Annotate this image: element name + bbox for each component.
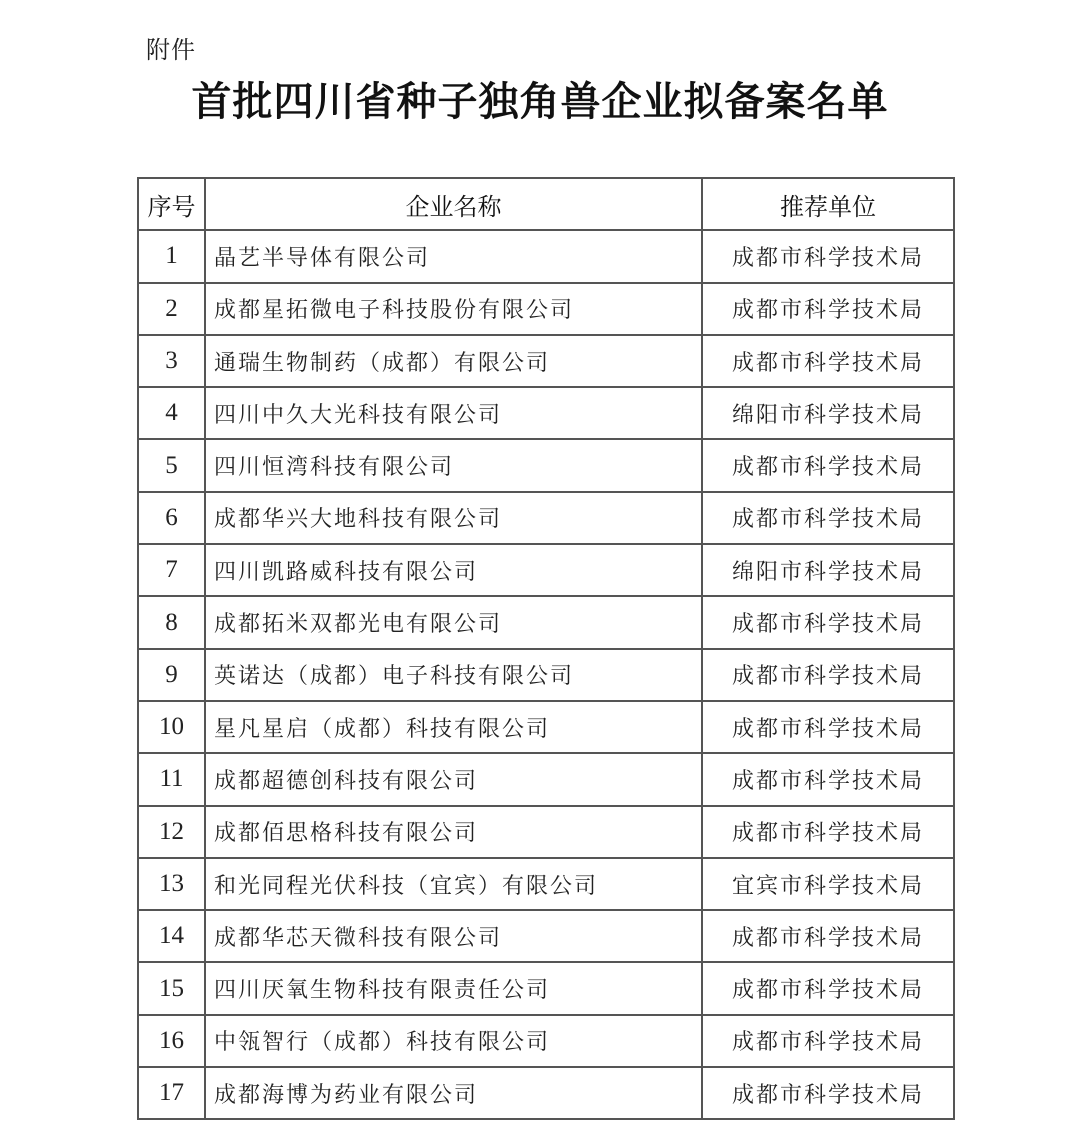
recommending-unit-cell: 成都市科学技术局 (702, 649, 954, 701)
recommending-unit-cell: 成都市科学技术局 (702, 439, 954, 491)
recommending-unit-cell: 宜宾市科学技术局 (702, 858, 954, 910)
serial-number-cell: 10 (138, 701, 205, 753)
table-row: 6成都华兴大地科技有限公司成都市科学技术局 (138, 492, 954, 544)
table-row: 11成都超德创科技有限公司成都市科学技术局 (138, 753, 954, 805)
attachment-label: 附件 (146, 30, 196, 65)
header-recommending-unit: 推荐单位 (702, 178, 954, 230)
recommending-unit-cell: 成都市科学技术局 (702, 962, 954, 1014)
serial-number-cell: 1 (138, 230, 205, 282)
recommending-unit-cell: 成都市科学技术局 (702, 806, 954, 858)
serial-number-cell: 11 (138, 753, 205, 805)
enterprise-name-cell: 成都佰思格科技有限公司 (205, 806, 702, 858)
serial-number-cell: 2 (138, 283, 205, 335)
enterprise-name-cell: 四川中久大光科技有限公司 (205, 387, 702, 439)
recommending-unit-cell: 成都市科学技术局 (702, 283, 954, 335)
table-row: 16中瓴智行（成都）科技有限公司成都市科学技术局 (138, 1015, 954, 1067)
serial-number-cell: 14 (138, 910, 205, 962)
serial-number-cell: 6 (138, 492, 205, 544)
serial-number-cell: 12 (138, 806, 205, 858)
table-row: 9英诺达（成都）电子科技有限公司成都市科学技术局 (138, 649, 954, 701)
serial-number-cell: 15 (138, 962, 205, 1014)
enterprise-name-cell: 四川厌氧生物科技有限责任公司 (205, 962, 702, 1014)
recommending-unit-cell: 绵阳市科学技术局 (702, 387, 954, 439)
enterprise-name-cell: 四川恒湾科技有限公司 (205, 439, 702, 491)
serial-number-cell: 7 (138, 544, 205, 596)
enterprise-name-cell: 通瑞生物制药（成都）有限公司 (205, 335, 702, 387)
table-row: 2成都星拓微电子科技股份有限公司成都市科学技术局 (138, 283, 954, 335)
serial-number-cell: 9 (138, 649, 205, 701)
enterprise-name-cell: 成都超德创科技有限公司 (205, 753, 702, 805)
enterprise-name-cell: 成都华兴大地科技有限公司 (205, 492, 702, 544)
recommending-unit-cell: 成都市科学技术局 (702, 492, 954, 544)
table-row: 15四川厌氧生物科技有限责任公司成都市科学技术局 (138, 962, 954, 1014)
table-row: 4四川中久大光科技有限公司绵阳市科学技术局 (138, 387, 954, 439)
enterprise-name-cell: 四川凯路威科技有限公司 (205, 544, 702, 596)
table-row: 17成都海博为药业有限公司成都市科学技术局 (138, 1067, 954, 1119)
enterprise-name-cell: 成都海博为药业有限公司 (205, 1067, 702, 1119)
serial-number-cell: 13 (138, 858, 205, 910)
recommending-unit-cell: 绵阳市科学技术局 (702, 544, 954, 596)
serial-number-cell: 8 (138, 596, 205, 648)
serial-number-cell: 5 (138, 439, 205, 491)
table-header-row: 序号 企业名称 推荐单位 (138, 178, 954, 230)
table-row: 12成都佰思格科技有限公司成都市科学技术局 (138, 806, 954, 858)
enterprise-name-cell: 中瓴智行（成都）科技有限公司 (205, 1015, 702, 1067)
table-row: 1晶艺半导体有限公司成都市科学技术局 (138, 230, 954, 282)
recommending-unit-cell: 成都市科学技术局 (702, 1067, 954, 1119)
recommending-unit-cell: 成都市科学技术局 (702, 335, 954, 387)
serial-number-cell: 4 (138, 387, 205, 439)
recommending-unit-cell: 成都市科学技术局 (702, 1015, 954, 1067)
table-row: 13和光同程光伏科技（宜宾）有限公司宜宾市科学技术局 (138, 858, 954, 910)
enterprise-name-cell: 星凡星启（成都）科技有限公司 (205, 701, 702, 753)
enterprise-name-cell: 晶艺半导体有限公司 (205, 230, 702, 282)
table-row: 14成都华芯天微科技有限公司成都市科学技术局 (138, 910, 954, 962)
header-enterprise-name: 企业名称 (205, 178, 702, 230)
page-title: 首批四川省种子独角兽企业拟备案名单 (0, 70, 1080, 127)
enterprise-name-cell: 成都拓米双都光电有限公司 (205, 596, 702, 648)
table-row: 5四川恒湾科技有限公司成都市科学技术局 (138, 439, 954, 491)
recommending-unit-cell: 成都市科学技术局 (702, 596, 954, 648)
table-row: 8成都拓米双都光电有限公司成都市科学技术局 (138, 596, 954, 648)
enterprise-name-cell: 和光同程光伏科技（宜宾）有限公司 (205, 858, 702, 910)
recommending-unit-cell: 成都市科学技术局 (702, 753, 954, 805)
enterprise-name-cell: 成都华芯天微科技有限公司 (205, 910, 702, 962)
enterprise-name-cell: 英诺达（成都）电子科技有限公司 (205, 649, 702, 701)
serial-number-cell: 3 (138, 335, 205, 387)
enterprise-name-cell: 成都星拓微电子科技股份有限公司 (205, 283, 702, 335)
recommending-unit-cell: 成都市科学技术局 (702, 230, 954, 282)
table-row: 10星凡星启（成都）科技有限公司成都市科学技术局 (138, 701, 954, 753)
table-row: 3通瑞生物制药（成都）有限公司成都市科学技术局 (138, 335, 954, 387)
recommending-unit-cell: 成都市科学技术局 (702, 701, 954, 753)
recommending-unit-cell: 成都市科学技术局 (702, 910, 954, 962)
table-row: 7四川凯路威科技有限公司绵阳市科学技术局 (138, 544, 954, 596)
serial-number-cell: 16 (138, 1015, 205, 1067)
enterprise-list-table: 序号 企业名称 推荐单位 1晶艺半导体有限公司成都市科学技术局2成都星拓微电子科… (137, 177, 955, 1120)
serial-number-cell: 17 (138, 1067, 205, 1119)
header-serial-number: 序号 (138, 178, 205, 230)
